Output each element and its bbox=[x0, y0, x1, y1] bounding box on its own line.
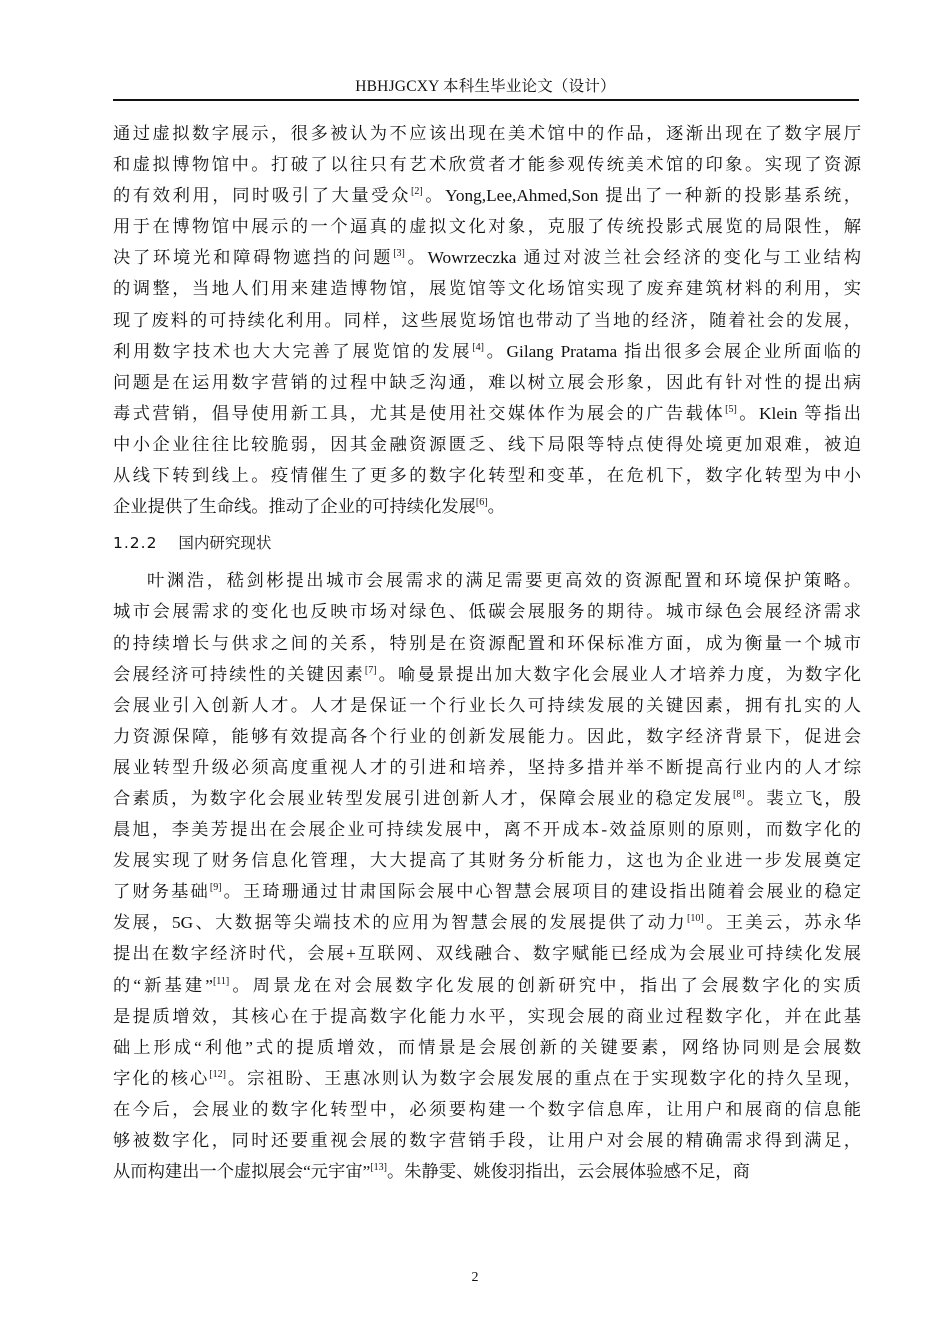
citation-ref: [9] bbox=[210, 882, 222, 893]
text-line: 发展，5G、大数据等尖端技术的应用为智慧会展的发展提供了动力[10]。王美云，苏… bbox=[113, 907, 861, 938]
text-line: 力资源保障，能够有效提高各个行业的创新发展能力。因此，数字经济背景下，促进会 bbox=[113, 721, 861, 752]
section-title: 国内研究现状 bbox=[178, 534, 271, 552]
text-line: 会展业引入创新人才。人才是保证一个行业长久可持续发展的关键因素，拥有扎实的人 bbox=[113, 690, 861, 721]
citation-ref: [2] bbox=[411, 186, 423, 197]
text-line: 现了废料的可持续化利用。同样，这些展览场馆也带动了当地的经济，随着社会的发展， bbox=[113, 305, 861, 336]
text-line: 的持续增长与供求之间的关系，特别是在资源配置和环保标准方面，成为衡量一个城市 bbox=[113, 628, 861, 659]
text-line: 通过虚拟数字展示，很多被认为不应该出现在美术馆中的作品，逐渐出现在了数字展厅 bbox=[113, 118, 861, 149]
running-header: HBHJGCXY 本科生毕业论文（设计） bbox=[113, 74, 858, 96]
text-line: 提出在数字经济时代，会展+互联网、双线融合、数字赋能已经成为会展业可持续化发展 bbox=[113, 938, 861, 969]
text-line: 字化的核心[12]。宗祖盼、王惠冰则认为数字会展发展的重点在于实现数字化的持久呈… bbox=[113, 1063, 861, 1094]
text-line: 够被数字化，同时还要重视会展的数字营销手段，让用户对会展的精确需求得到满足， bbox=[113, 1125, 861, 1156]
text-line: 的有效利用，同时吸引了大量受众[2]。Yong,Lee,Ahmed,Son 提出… bbox=[113, 180, 861, 211]
text-line: 毒式营销，倡导使用新工具，尤其是使用社交媒体作为展会的广告载体[5]。Klein… bbox=[113, 398, 861, 429]
text-line: 了财务基础[9]。王琦珊通过甘肃国际会展中心智慧会展项目的建设指出随着会展业的稳… bbox=[113, 876, 861, 907]
text-line: 利用数字技术也大大完善了展览馆的发展[4]。Gilang Pratama 指出很… bbox=[113, 336, 861, 367]
paragraph-international-research: 通过虚拟数字展示，很多被认为不应该出现在美术馆中的作品，逐渐出现在了数字展厅和虚… bbox=[113, 118, 861, 522]
text-line: 决了环境光和障碍物遮挡的问题[3]。Wowrzeczka 通过对波兰社会经济的变… bbox=[113, 242, 861, 273]
citation-ref: [8] bbox=[733, 789, 745, 800]
text-line: 是提质增效，其核心在于提高数字化能力水平，实现会展的商业过程数字化，并在此基 bbox=[113, 1001, 861, 1032]
text-line: 叶渊浩，嵇剑彬提出城市会展需求的满足需要更高效的资源配置和环境保护策略。 bbox=[113, 565, 861, 596]
text-line: 在今后，会展业的数字化转型中，必须要构建一个数字信息库，让用户和展商的信息能 bbox=[113, 1094, 861, 1125]
text-line: 晨旭，李美芳提出在会展企业可持续发展中，离不开成本-效益原则的原则，而数字化的 bbox=[113, 814, 861, 845]
citation-ref: [12] bbox=[209, 1069, 226, 1080]
text-line: 问题是在运用数字营销的过程中缺乏沟通，难以树立展会形象，因此有针对性的提出病 bbox=[113, 367, 861, 398]
text-line: 合素质，为数字化会展业转型发展引进创新人才，保障会展业的稳定发展[8]。裴立飞，… bbox=[113, 783, 861, 814]
section-heading: 1.2.2 国内研究现状 bbox=[113, 528, 861, 559]
citation-ref: [4] bbox=[472, 342, 484, 353]
text-line: 会展经济可持续性的关键因素[7]。喻曼景提出加大数字化会展业人才培养力度，为数字… bbox=[113, 659, 861, 690]
text-line: 础上形成“利他”式的提质增效，而情景是会展创新的关键要素，网络协同则是会展数 bbox=[113, 1032, 861, 1063]
citation-ref: [10] bbox=[687, 913, 704, 924]
text-line: 从线下转到线上。疫情催生了更多的数字化转型和变革，在危机下，数字化转型为中小 bbox=[113, 460, 861, 491]
header-divider bbox=[113, 99, 859, 101]
citation-ref: [3] bbox=[393, 248, 405, 259]
text-line: 企业提供了生命线。推动了企业的可持续化发展[6]。 bbox=[113, 491, 861, 522]
citation-ref: [13] bbox=[370, 1162, 387, 1173]
text-line: 和虚拟博物馆中。打破了以往只有艺术欣赏者才能参观传统美术馆的印象。实现了资源 bbox=[113, 149, 861, 180]
section-number: 1.2.2 bbox=[113, 534, 157, 552]
page-body: 通过虚拟数字展示，很多被认为不应该出现在美术馆中的作品，逐渐出现在了数字展厅和虚… bbox=[113, 118, 861, 1187]
text-line: 的“新基建”[11]。周景龙在对会展数字化发展的创新研究中，指出了会展数字化的实… bbox=[113, 970, 861, 1001]
citation-ref: [11] bbox=[213, 976, 229, 987]
page-number: 2 bbox=[0, 1270, 950, 1286]
text-line: 的调整，当地人们用来建造博物馆，展览馆等文化场馆实现了废弃建筑材料的利用，实 bbox=[113, 273, 861, 304]
text-line: 从而构建出一个虚拟展会“元宇宙”[13]。朱静雯、姚俊羽指出，云会展体验感不足，… bbox=[113, 1156, 861, 1187]
text-line: 用于在博物馆中展示的一个逼真的虚拟文化对象，克服了传统投影式展览的局限性，解 bbox=[113, 211, 861, 242]
text-line: 中小企业往往比较脆弱，因其金融资源匮乏、线下局限等特点使得处境更加艰难，被迫 bbox=[113, 429, 861, 460]
paragraph-domestic-research: 叶渊浩，嵇剑彬提出城市会展需求的满足需要更高效的资源配置和环境保护策略。城市会展… bbox=[113, 565, 861, 1187]
citation-ref: [5] bbox=[725, 404, 737, 415]
citation-ref: [7] bbox=[365, 665, 377, 676]
text-line: 发展实现了财务信息化管理，大大提高了其财务分析能力，这也为企业进一步发展奠定 bbox=[113, 845, 861, 876]
text-line: 城市会展需求的变化也反映市场对绿色、低碳会展服务的期待。城市绿色会展经济需求 bbox=[113, 596, 861, 627]
text-line: 展业转型升级必须高度重视人才的引进和培养，坚持多措并举不断提高行业内的人才综 bbox=[113, 752, 861, 783]
citation-ref: [6] bbox=[476, 497, 488, 508]
